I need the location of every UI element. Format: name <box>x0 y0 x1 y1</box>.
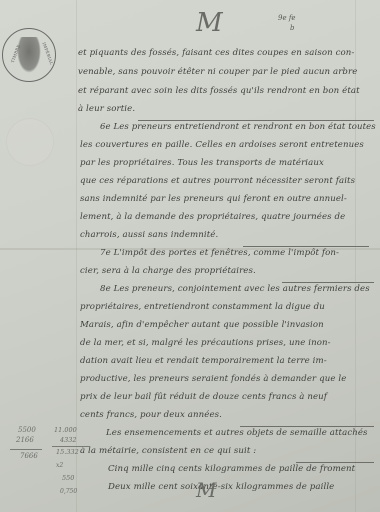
footer-initial: M <box>196 478 216 502</box>
folio-note-bottom: b <box>290 24 294 32</box>
manuscript-line: et réparant avec soin les dits fossés qu… <box>78 86 360 96</box>
manuscript-line: que ces réparations et autres pourront n… <box>80 176 355 186</box>
manuscript-line: à leur sortie. <box>78 104 135 114</box>
manuscript-line: cents francs, pour deux années. <box>80 410 222 420</box>
calc-b-rule <box>52 446 90 447</box>
manuscript-line: sans indemnité par les preneurs qui fero… <box>80 194 347 204</box>
manuscript-line: Deux mille cent soixante-six kilogrammes… <box>108 482 334 492</box>
calc-a-rule <box>10 449 42 450</box>
manuscript-line: cier, sera à la charge des propriétaires… <box>80 266 256 276</box>
line-filler-rule <box>240 426 374 427</box>
manuscript-line: lement, à la demande des propriétaires, … <box>80 212 345 222</box>
manuscript-page: TIMBRE IMPÉRIAL M 9e fe b et piquants de… <box>0 0 380 512</box>
manuscript-line: venable, sans pouvoir étêter ni couper p… <box>78 67 357 77</box>
manuscript-line: dation avait lieu et rendait temporairem… <box>80 356 327 366</box>
line-filler-rule <box>138 120 374 121</box>
calc-a-1: 5500 <box>18 426 36 434</box>
stamp-bleedthrough <box>6 118 54 166</box>
manuscript-line: 8e Les preneurs, conjointement avec les … <box>100 284 370 294</box>
line-filler-rule <box>296 462 374 463</box>
manuscript-line: Marais, afin d'empêcher autant que possi… <box>80 320 324 330</box>
manuscript-line: à la métairie, consistent en ce qui suit… <box>80 446 256 456</box>
manuscript-line: prix de leur bail fût réduit de douze ce… <box>80 392 327 402</box>
manuscript-line: par les propriétaires. Tous les transpor… <box>80 158 324 168</box>
line-filler-rule <box>243 246 369 247</box>
calc-b-2: 4332 <box>60 436 77 444</box>
manuscript-line: les couvertures en paille. Celles en ard… <box>80 140 364 150</box>
manuscript-line: productive, les preneurs seraient fondés… <box>80 374 346 384</box>
calc-b-4: x2 <box>56 462 63 469</box>
manuscript-line: Cinq mille cinq cents kilogrammes de pai… <box>108 464 355 474</box>
calc-a-2: 2166 <box>16 436 34 444</box>
manuscript-line: charrois, aussi sans indemnité. <box>80 230 218 240</box>
calc-a-3: 7666 <box>20 452 38 460</box>
calc-b-1: 11.000 <box>54 426 77 434</box>
calc-b-5: 550 <box>62 474 74 482</box>
stamp-figure-icon <box>17 37 41 73</box>
header-initial: M <box>196 8 223 38</box>
stamp-label-right: IMPÉRIAL <box>41 41 54 65</box>
manuscript-line: Les ensemencements et autres objets de s… <box>106 428 368 438</box>
manuscript-line: propriétaires, entretiendront constammen… <box>80 302 325 312</box>
folio-note-top: 9e fe <box>278 14 296 22</box>
imperial-stamp: TIMBRE IMPÉRIAL <box>2 28 56 82</box>
calc-b-6: 0,750 <box>60 488 77 495</box>
manuscript-line: de la mer, et si, malgré les précautions… <box>80 338 331 348</box>
line-filler-rule <box>282 282 374 283</box>
manuscript-line: et piquants des fossés, faisant ces dite… <box>78 48 354 58</box>
calc-b-3: 15.332 <box>56 448 79 456</box>
manuscript-line: 7e L'impôt des portes et fenêtres, comme… <box>100 248 339 258</box>
manuscript-line: 6e Les preneurs entretiendront et rendro… <box>100 122 376 132</box>
